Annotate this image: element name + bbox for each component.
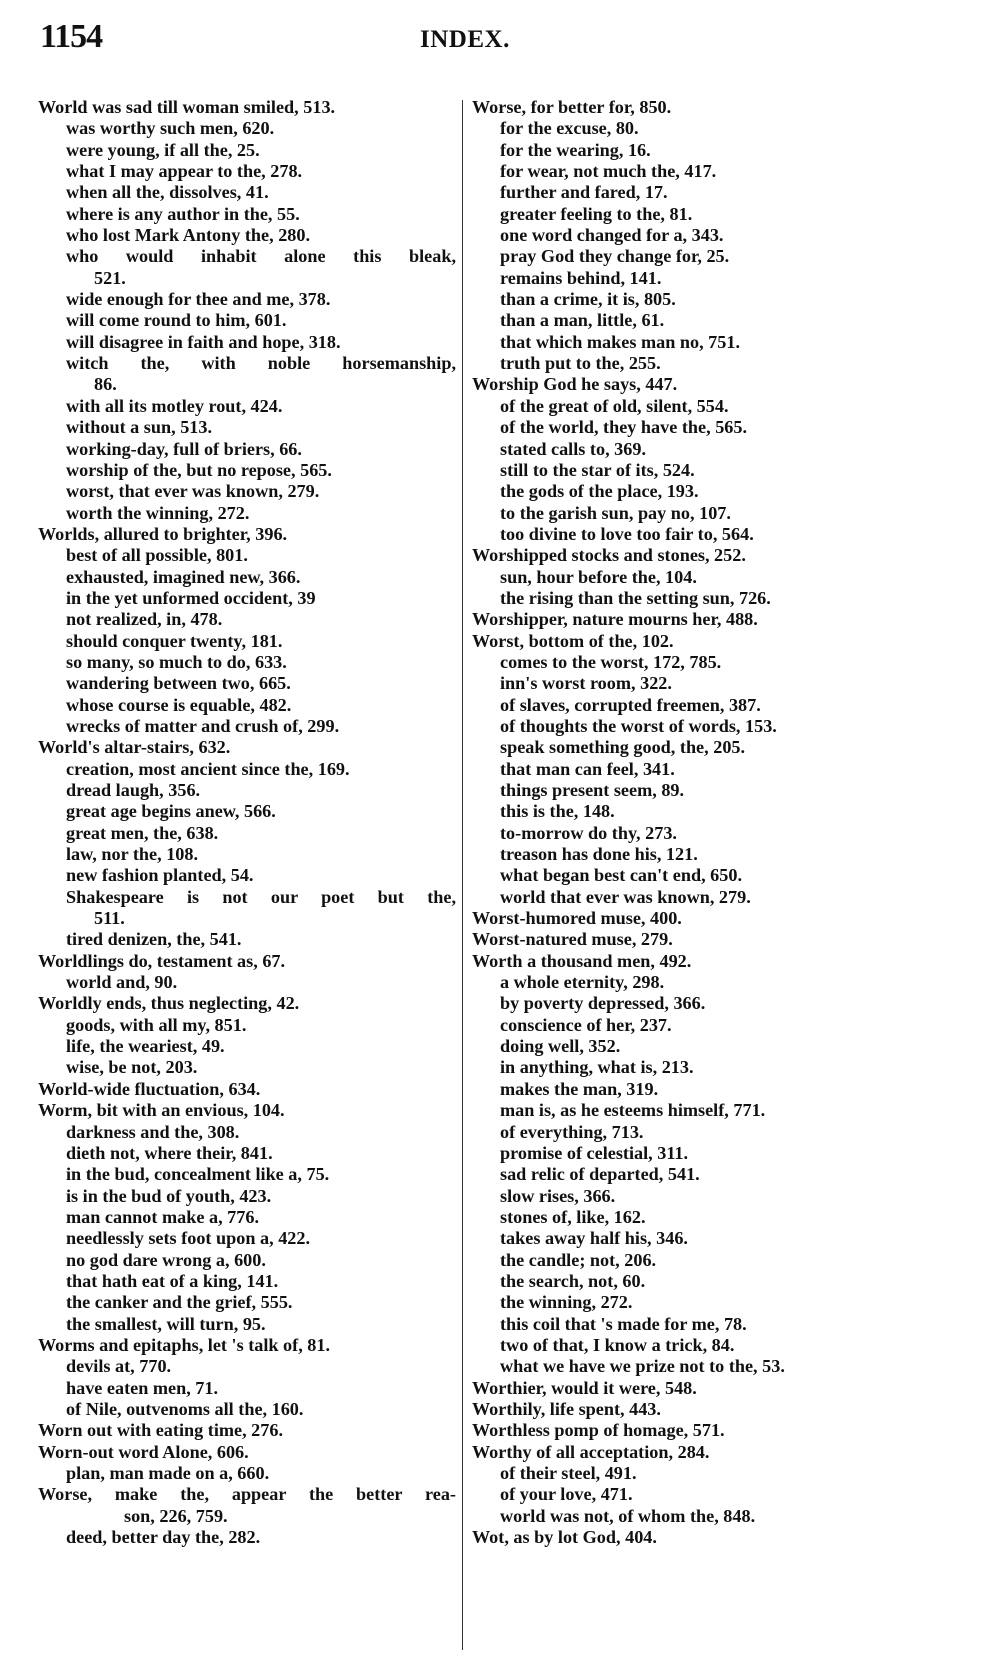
index-subentry: is in the bud of youth, 423. [38, 1186, 456, 1207]
index-subentry: witch the, with noble horsemanship, [38, 353, 456, 374]
index-heading-entry: Worthier, would it were, 548. [472, 1378, 902, 1399]
index-subentry: comes to the worst, 172, 785. [472, 652, 902, 673]
index-subentry: should conquer twenty, 181. [38, 631, 456, 652]
index-subentry: dread laugh, 356. [38, 780, 456, 801]
index-heading-entry: Worthily, life spent, 443. [472, 1399, 902, 1420]
index-heading-entry: Worldly ends, thus neglecting, 42. [38, 993, 456, 1014]
index-subentry: without a sun, 513. [38, 417, 456, 438]
index-subentry: in anything, what is, 213. [472, 1057, 902, 1078]
index-subentry: stones of, like, 162. [472, 1207, 902, 1228]
index-subentry: too divine to love too fair to, 564. [472, 524, 902, 545]
index-subentry: two of that, I know a trick, 84. [472, 1335, 902, 1356]
index-subentry: goods, with all my, 851. [38, 1015, 456, 1036]
index-subentry: devils at, 770. [38, 1356, 456, 1377]
index-subentry: will disagree in faith and hope, 318. [38, 332, 456, 353]
index-subentry: this is the, 148. [472, 801, 902, 822]
index-subentry: creation, most ancient since the, 169. [38, 759, 456, 780]
index-subentry: who would inhabit alone this bleak, [38, 246, 456, 267]
index-subentry: for wear, not much the, 417. [472, 161, 902, 182]
index-subentry: of slaves, corrupted freemen, 387. [472, 695, 902, 716]
index-subentry: wrecks of matter and crush of, 299. [38, 716, 456, 737]
index-subentry: new fashion planted, 54. [38, 865, 456, 886]
index-heading-entry: Worshipper, nature mourns her, 488. [472, 609, 902, 630]
index-heading-entry: Worst-natured muse, 279. [472, 929, 902, 950]
index-subentry: that man can feel, 341. [472, 759, 902, 780]
index-subentry: than a crime, it is, 805. [472, 289, 902, 310]
index-heading-entry: Worldlings do, testament as, 67. [38, 951, 456, 972]
index-subentry: conscience of her, 237. [472, 1015, 902, 1036]
index-subentry: treason has done his, 121. [472, 844, 902, 865]
index-subentry: of the world, they have the, 565. [472, 417, 902, 438]
page-number: 1154 [40, 18, 102, 56]
index-subentry: have eaten men, 71. [38, 1378, 456, 1399]
index-subentry: to the garish sun, pay no, 107. [472, 503, 902, 524]
index-subentry: for the wearing, 16. [472, 140, 902, 161]
index-subentry: darkness and the, 308. [38, 1122, 456, 1143]
column-divider [462, 100, 463, 1650]
index-subentry: with all its motley rout, 424. [38, 396, 456, 417]
index-subentry: law, nor the, 108. [38, 844, 456, 865]
index-subentry: a whole eternity, 298. [472, 972, 902, 993]
index-subentry: further and fared, 17. [472, 182, 902, 203]
index-heading-entry: World-wide fluctuation, 634. [38, 1079, 456, 1100]
index-subentry: life, the weariest, 49. [38, 1036, 456, 1057]
index-subentry: of their steel, 491. [472, 1463, 902, 1484]
index-heading-entry: Worlds, allured to brighter, 396. [38, 524, 456, 545]
index-subentry: speak something good, the, 205. [472, 737, 902, 758]
index-subentry: in the bud, concealment like a, 75. [38, 1164, 456, 1185]
index-subentry: inn's worst room, 322. [472, 673, 902, 694]
index-subentry: who lost Mark Antony the, 280. [38, 225, 456, 246]
index-subentry: worth the winning, 272. [38, 503, 456, 524]
index-subentry: what I may appear to the, 278. [38, 161, 456, 182]
index-subentry: remains behind, 141. [472, 268, 902, 289]
index-subentry: by poverty depressed, 366. [472, 993, 902, 1014]
index-subentry: tired denizen, the, 541. [38, 929, 456, 950]
index-subentry: truth put to the, 255. [472, 353, 902, 374]
index-subentry: what began best can't end, 650. [472, 865, 902, 886]
index-heading-entry: Worst-humored muse, 400. [472, 908, 902, 929]
index-subentry: Shakespeare is not our poet but the, [38, 887, 456, 908]
index-subentry: when all the, dissolves, 41. [38, 182, 456, 203]
index-subentry: exhausted, imagined new, 366. [38, 567, 456, 588]
index-subentry: the smallest, will turn, 95. [38, 1314, 456, 1335]
index-subentry: deed, better day the, 282. [38, 1527, 456, 1548]
index-subentry: of the great of old, silent, 554. [472, 396, 902, 417]
index-subentry: the rising than the setting sun, 726. [472, 588, 902, 609]
index-subentry: great age begins anew, 566. [38, 801, 456, 822]
index-heading-entry: Worse, for better for, 850. [472, 97, 902, 118]
index-subentry: the winning, 272. [472, 1292, 902, 1313]
index-subentry: that which makes man no, 751. [472, 332, 902, 353]
index-subentry: whose course is equable, 482. [38, 695, 456, 716]
index-subentry: great men, the, 638. [38, 823, 456, 844]
index-subentry: of Nile, outvenoms all the, 160. [38, 1399, 456, 1420]
index-subentry: this coil that 's made for me, 78. [472, 1314, 902, 1335]
index-subentry: plan, man made on a, 660. [38, 1463, 456, 1484]
index-subentry: pray God they change for, 25. [472, 246, 902, 267]
index-heading-entry: World's altar-stairs, 632. [38, 737, 456, 758]
index-subentry: promise of celestial, 311. [472, 1143, 902, 1164]
index-subentry: one word changed for a, 343. [472, 225, 902, 246]
index-subentry: doing well, 352. [472, 1036, 902, 1057]
index-entry-continuation: son, 226, 759. [38, 1506, 456, 1527]
index-heading-entry: Worn-out word Alone, 606. [38, 1442, 456, 1463]
index-subentry: worst, that ever was known, 279. [38, 481, 456, 502]
index-subentry: the canker and the grief, 555. [38, 1292, 456, 1313]
index-subentry: of everything, 713. [472, 1122, 902, 1143]
index-subentry: no god dare wrong a, 600. [38, 1250, 456, 1271]
index-subentry: wandering between two, 665. [38, 673, 456, 694]
index-heading-entry: Worthless pomp of homage, 571. [472, 1420, 902, 1441]
index-subentry: of your love, 471. [472, 1484, 902, 1505]
index-subentry: sad relic of departed, 541. [472, 1164, 902, 1185]
index-column-left: World was sad till woman smiled, 513.was… [38, 97, 456, 1548]
index-heading-entry: Worm, bit with an envious, 104. [38, 1100, 456, 1121]
index-subentry: wise, be not, 203. [38, 1057, 456, 1078]
index-subentry: than a man, little, 61. [472, 310, 902, 331]
index-heading-entry: Worn out with eating time, 276. [38, 1420, 456, 1441]
index-subentry: needlessly sets foot upon a, 422. [38, 1228, 456, 1249]
index-subentry: dieth not, where their, 841. [38, 1143, 456, 1164]
index-subentry: still to the star of its, 524. [472, 460, 902, 481]
index-subentry: man cannot make a, 776. [38, 1207, 456, 1228]
index-subentry: was worthy such men, 620. [38, 118, 456, 139]
index-heading-entry: Worse, make the, appear the better rea- [38, 1484, 456, 1505]
index-subentry: working-day, full of briers, 66. [38, 439, 456, 460]
index-subentry: the candle; not, 206. [472, 1250, 902, 1271]
index-entry-continuation: 86. [38, 374, 456, 395]
index-subentry: makes the man, 319. [472, 1079, 902, 1100]
index-heading-entry: Worshipped stocks and stones, 252. [472, 545, 902, 566]
index-subentry: what we have we prize not to the, 53. [472, 1356, 902, 1377]
index-subentry: world that ever was known, 279. [472, 887, 902, 908]
index-entry-continuation: 521. [38, 268, 456, 289]
index-subentry: the gods of the place, 193. [472, 481, 902, 502]
index-subentry: things present seem, 89. [472, 780, 902, 801]
index-subentry: world was not, of whom the, 848. [472, 1506, 902, 1527]
index-subentry: the search, not, 60. [472, 1271, 902, 1292]
index-heading-entry: World was sad till woman smiled, 513. [38, 97, 456, 118]
index-subentry: that hath eat of a king, 141. [38, 1271, 456, 1292]
index-subentry: stated calls to, 369. [472, 439, 902, 460]
index-heading-entry: Worms and epitaphs, let 's talk of, 81. [38, 1335, 456, 1356]
index-subentry: world and, 90. [38, 972, 456, 993]
index-column-right: Worse, for better for, 850.for the excus… [472, 97, 902, 1548]
index-entry-continuation: 511. [38, 908, 456, 929]
index-subentry: not realized, in, 478. [38, 609, 456, 630]
index-heading-entry: Worthy of all acceptation, 284. [472, 1442, 902, 1463]
index-subentry: to-morrow do thy, 273. [472, 823, 902, 844]
index-subentry: in the yet unformed occident, 39 [38, 588, 456, 609]
index-subentry: takes away half his, 346. [472, 1228, 902, 1249]
index-heading-entry: Worst, bottom of the, 102. [472, 631, 902, 652]
index-heading-entry: Worth a thousand men, 492. [472, 951, 902, 972]
index-heading-entry: Wot, as by lot God, 404. [472, 1527, 902, 1548]
index-subentry: wide enough for thee and me, 378. [38, 289, 456, 310]
index-subentry: sun, hour before the, 104. [472, 567, 902, 588]
index-subentry: greater feeling to the, 81. [472, 204, 902, 225]
index-subentry: best of all possible, 801. [38, 545, 456, 566]
index-subentry: man is, as he esteems himself, 771. [472, 1100, 902, 1121]
index-subentry: of thoughts the worst of words, 153. [472, 716, 902, 737]
page-header: 1154 INDEX. [0, 18, 1000, 58]
index-subentry: so many, so much to do, 633. [38, 652, 456, 673]
index-subentry: slow rises, 366. [472, 1186, 902, 1207]
index-subentry: for the excuse, 80. [472, 118, 902, 139]
index-subentry: will come round to him, 601. [38, 310, 456, 331]
index-subentry: where is any author in the, 55. [38, 204, 456, 225]
index-heading-entry: Worship God he says, 447. [472, 374, 902, 395]
index-subentry: were young, if all the, 25. [38, 140, 456, 161]
running-title: INDEX. [420, 26, 510, 54]
index-subentry: worship of the, but no repose, 565. [38, 460, 456, 481]
